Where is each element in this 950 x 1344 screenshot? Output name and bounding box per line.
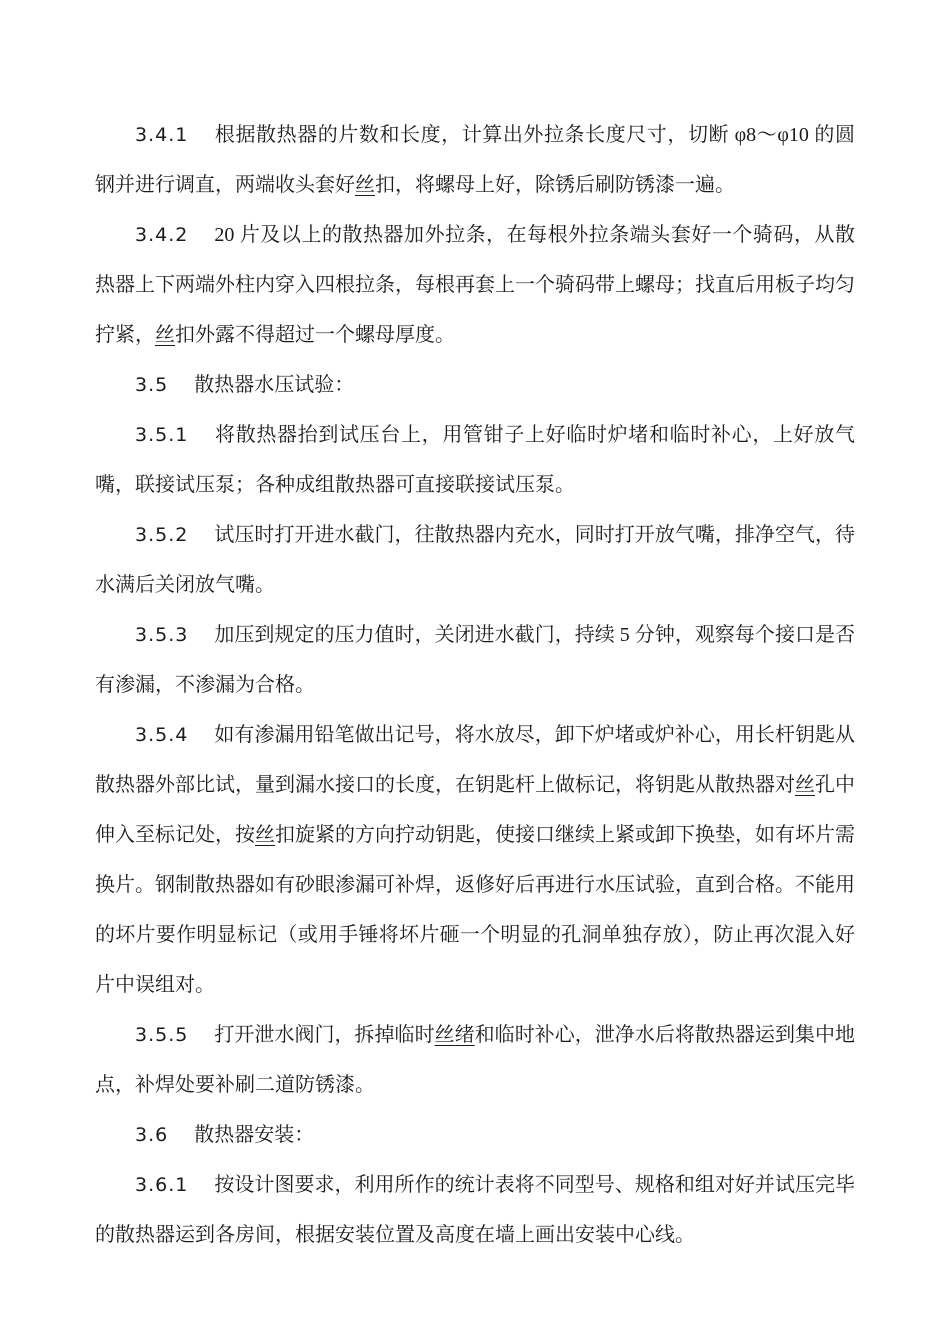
underlined-text-run: 丝绪: [435, 1024, 475, 1046]
section-3-5-1: 3.5.1将散热器抬到试压台上，用管钳子上好临时炉堵和临时补心，上好放气嘴，联接…: [95, 410, 855, 510]
section-3-6-1: 3.6.1按设计图要求，利用所作的统计表将不同型号、规格和组对好并试压完毕的散热…: [95, 1160, 855, 1260]
document-body: 3.4.1根据散热器的片数和长度，计算出外拉条长度尺寸，切断 φ8～φ10 的圆…: [95, 110, 855, 1260]
section-3-5-3: 3.5.3加压到规定的压力值时，关闭进水截门，持续 5 分钟，观察每个接口是否有…: [95, 610, 855, 710]
underlined-text-run: 丝: [795, 774, 815, 796]
section-number: 3.5.5: [135, 1024, 188, 1046]
section-number: 3.4.2: [135, 224, 188, 246]
text-run: 和临时补心，泄净水后将散热器运到集中地点，补焊处要补刷二道防锈漆。: [95, 1024, 855, 1096]
section-3-5-5: 3.5.5打开泄水阀门，拆掉临时丝绪和临时补心，泄净水后将散热器运到集中地点，补…: [95, 1010, 855, 1110]
document-page: 3.4.1根据散热器的片数和长度，计算出外拉条长度尺寸，切断 φ8～φ10 的圆…: [0, 0, 950, 1344]
text-run: 散热器安装：: [194, 1124, 314, 1146]
section-3-5-4: 3.5.4如有渗漏用铅笔做出记号，将水放尽，卸下炉堵或炉补心，用长杆钥匙从散热器…: [95, 710, 855, 1010]
text-run: 打开泄水阀门，拆掉临时: [214, 1024, 434, 1046]
underlined-text-run: 丝: [155, 324, 175, 346]
section-number: 3.5.2: [135, 524, 188, 546]
section-number: 3.6.1: [135, 1174, 188, 1196]
text-run: 扣外露不得超过一个螺母厚度。: [175, 324, 455, 346]
section-3-5-2: 3.5.2试压时打开进水截门，往散热器内充水，同时打开放气嘴，排净空气，待水满后…: [95, 510, 855, 610]
section-number: 3.5.4: [135, 724, 188, 746]
section-3-6: 3.6散热器安装：: [95, 1110, 855, 1160]
section-number: 3.5: [135, 374, 168, 396]
section-3-4-1: 3.4.1根据散热器的片数和长度，计算出外拉条长度尺寸，切断 φ8～φ10 的圆…: [95, 110, 855, 210]
text-run: 如有渗漏用铅笔做出记号，将水放尽，卸下炉堵或炉补心，用长杆钥匙从散热器外部比试，…: [95, 724, 855, 796]
text-run: 加压到规定的压力值时，关闭进水截门，持续 5 分钟，观察每个接口是否有渗漏，不渗…: [95, 624, 855, 696]
section-number: 3.5.1: [135, 424, 188, 446]
text-run: 散热器水压试验：: [194, 374, 354, 396]
section-number: 3.5.3: [135, 624, 188, 646]
text-run: 扣，将螺母上好，除锈后刷防锈漆一遍。: [375, 174, 735, 196]
text-run: 将散热器抬到试压台上，用管钳子上好临时炉堵和临时补心，上好放气嘴，联接试压泵；各…: [95, 424, 855, 496]
section-3-4-2: 3.4.220 片及以上的散热器加外拉条，在每根外拉条端头套好一个骑码，从散热器…: [95, 210, 855, 360]
underlined-text-run: 丝: [255, 824, 275, 846]
section-number: 3.6: [135, 1124, 168, 1146]
underlined-text-run: 丝: [355, 174, 375, 196]
section-number: 3.4.1: [135, 124, 188, 146]
section-3-5: 3.5散热器水压试验：: [95, 360, 855, 410]
text-run: 按设计图要求，利用所作的统计表将不同型号、规格和组对好并试压完毕的散热器运到各房…: [95, 1174, 855, 1246]
text-run: 扣旋紧的方向拧动钥匙，使接口继续上紧或卸下换垫，如有坏片需换片。钢制散热器如有砂…: [95, 824, 855, 996]
text-run: 试压时打开进水截门，往散热器内充水，同时打开放气嘴，排净空气，待水满后关闭放气嘴…: [95, 524, 855, 596]
